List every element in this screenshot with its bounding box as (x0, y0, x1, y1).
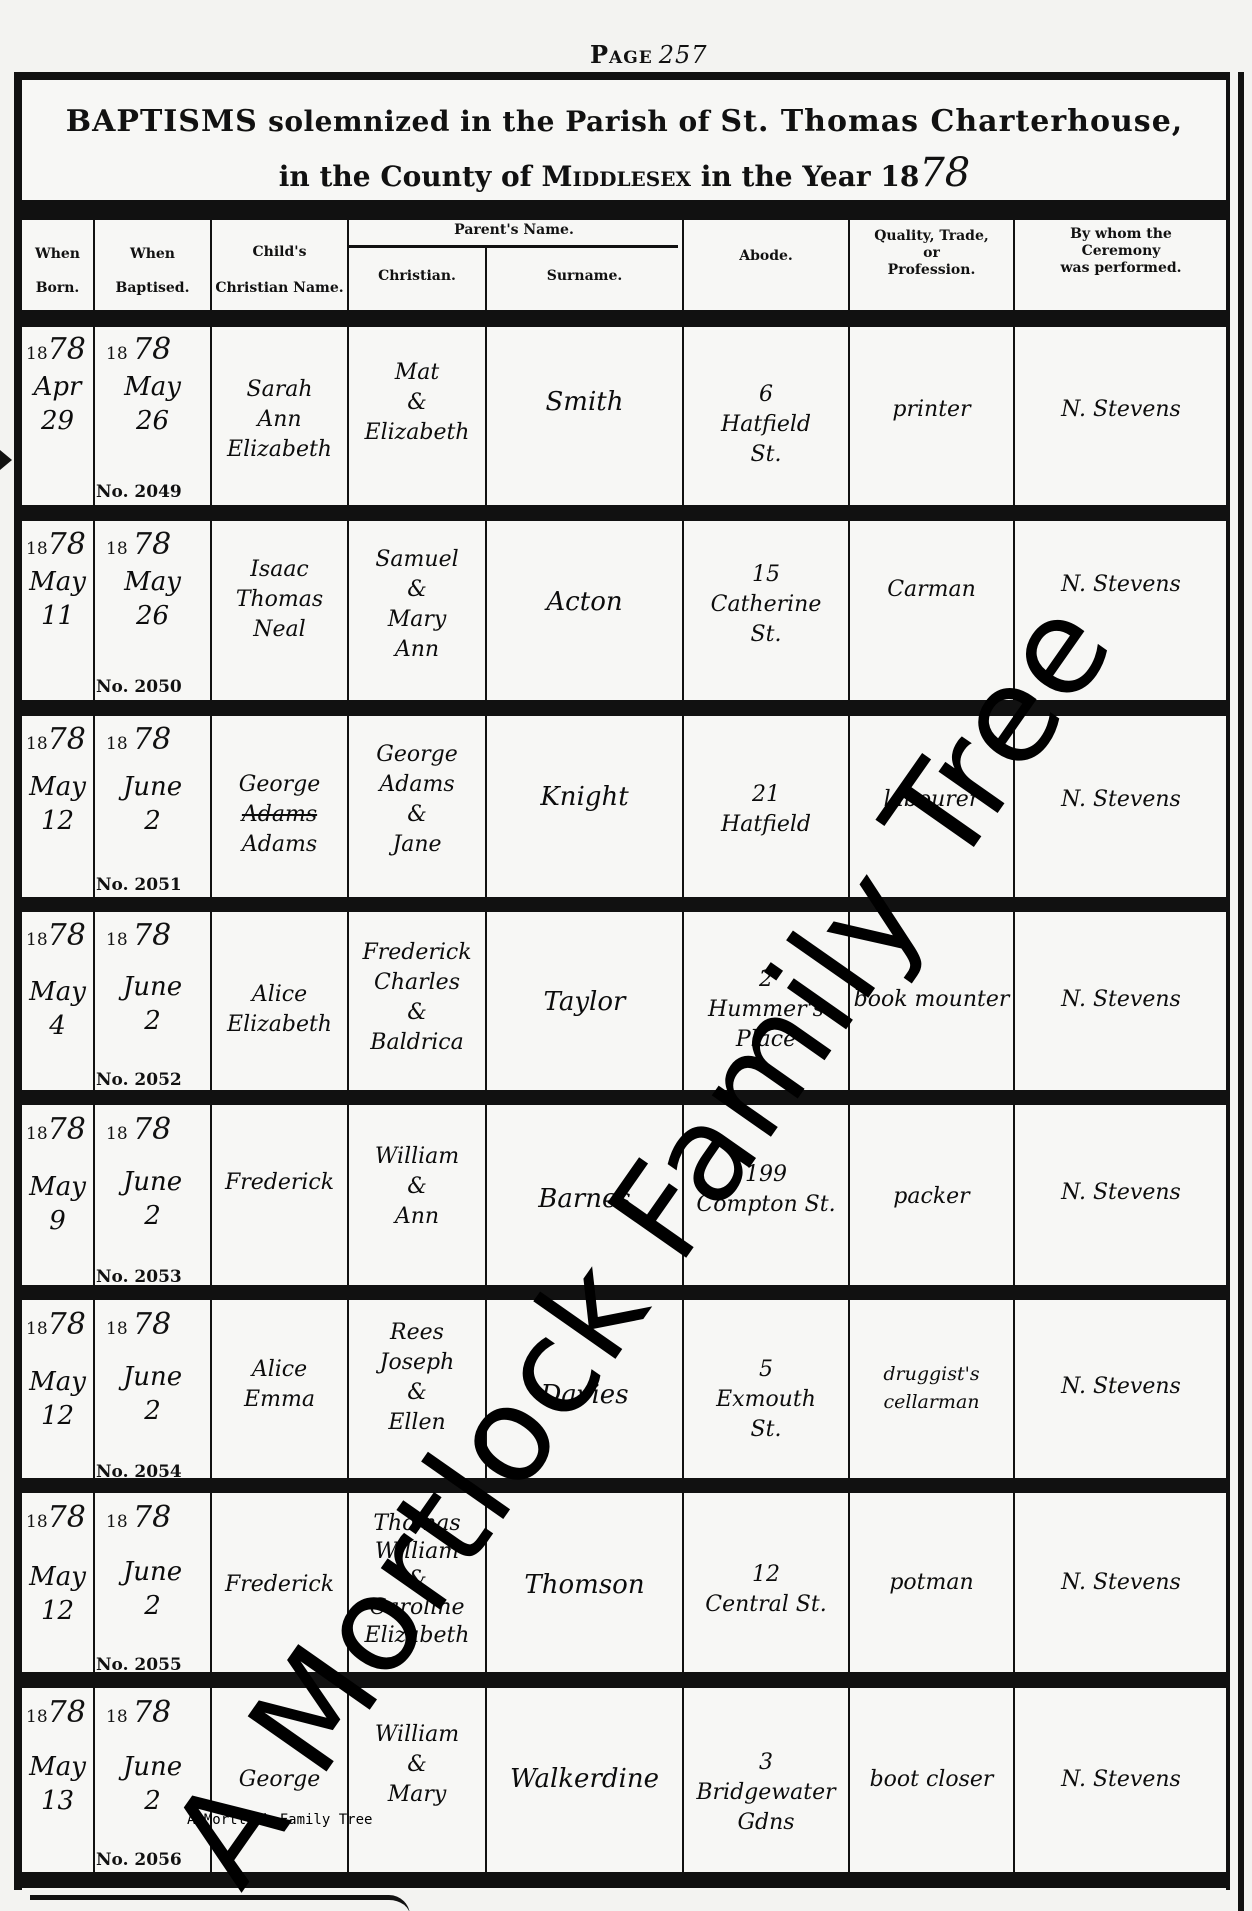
baptised-month: May (95, 565, 210, 599)
register-number: No. 2056 (96, 1850, 182, 1870)
abode-line: St. (684, 620, 848, 650)
margin-pointer-mark (0, 450, 12, 470)
baptised-day: 2 (95, 804, 210, 838)
born-year-hand: 78 (48, 1307, 86, 1342)
baptised-year: 18 78 (106, 918, 171, 953)
baptised-day: 2 (95, 1004, 210, 1038)
parent-name-part: Ann (349, 635, 485, 665)
abode-line: 5 (684, 1355, 848, 1385)
parent-name-part: Charles (349, 968, 485, 998)
born-month: May (22, 1560, 93, 1594)
baptised-year: 18 78 (106, 527, 171, 562)
header-abode: Abode. (684, 248, 848, 265)
header-text: Profession. (850, 262, 1013, 279)
child-name-part: Sarah (212, 375, 347, 405)
column-divider (210, 220, 212, 1872)
title-line2-mid: in the Year (701, 160, 871, 193)
parent-name-part: William (349, 1142, 485, 1172)
baptised-year-hand: 78 (133, 1695, 171, 1730)
born-date: May4 (22, 975, 93, 1043)
child-name-part: Alice (212, 1355, 347, 1385)
baptised-year: 18 78 (106, 1307, 171, 1342)
born-month: May (22, 975, 93, 1009)
born-date: May12 (22, 770, 93, 838)
baptised-date: June2 (95, 1555, 210, 1623)
abode-line: Gdns (684, 1808, 848, 1838)
row-divider (22, 1090, 1227, 1105)
baptised-year: 18 78 (106, 1695, 171, 1730)
register-number: No. 2052 (96, 1070, 182, 1090)
officiant: N. Stevens (1015, 1765, 1227, 1795)
register-number: No. 2054 (96, 1462, 182, 1482)
parent-name-part: Samuel (349, 545, 485, 575)
born-month: May (22, 1750, 93, 1784)
abode: 5ExmouthSt. (684, 1355, 848, 1445)
baptised-day: 2 (95, 1589, 210, 1623)
born-year: 1878 (26, 722, 86, 757)
header-text: Baptised. (95, 271, 210, 305)
abode: 21Hatfield (684, 780, 848, 840)
header-child-name: Child's Christian Name. (212, 234, 347, 306)
header-parents-name: Parent's Name. (349, 222, 679, 239)
abode-line: Hatfield (684, 810, 848, 840)
row-divider (22, 1672, 1227, 1688)
officiant: N. Stevens (1015, 1178, 1227, 1208)
born-day: 12 (22, 1399, 93, 1433)
abode-line: 3 (684, 1748, 848, 1778)
baptised-date: May26 (95, 565, 210, 633)
header-parent-surname: Surname. (487, 268, 682, 285)
born-month: May (22, 1170, 93, 1204)
abode-line: Hatfield (684, 410, 848, 440)
header-text: When (95, 237, 210, 271)
abode-line: Exmouth (684, 1385, 848, 1415)
born-date: Apr29 (22, 370, 93, 438)
born-year-hand: 78 (48, 918, 86, 953)
baptised-year-hand: 78 (133, 722, 171, 757)
born-year-hand: 78 (48, 1695, 86, 1730)
column-divider (93, 220, 95, 1872)
officiant: N. Stevens (1015, 985, 1227, 1015)
parent-name-part: & (349, 575, 485, 605)
child-name-part: Adams (212, 830, 347, 860)
abode-line: 6 (684, 380, 848, 410)
born-year: 1878 (26, 918, 86, 953)
baptised-month: June (95, 770, 210, 804)
register-number: No. 2053 (96, 1267, 182, 1287)
born-year-hand: 78 (48, 1500, 86, 1535)
abode-line: 12 (684, 1560, 848, 1590)
surname: Smith (487, 385, 682, 419)
officiant: N. Stevens (1015, 1372, 1227, 1402)
register-number: No. 2051 (96, 875, 182, 895)
page-number: Page257 (590, 40, 730, 69)
baptised-month: June (95, 1360, 210, 1394)
born-day: 29 (22, 404, 93, 438)
born-year: 1878 (26, 1500, 86, 1535)
born-year: 1878 (26, 1112, 86, 1147)
child-name-part: Thomas (212, 585, 347, 615)
born-year-hand: 78 (48, 527, 86, 562)
parent-name-part: Frederick (349, 938, 485, 968)
header-text: or (850, 245, 1013, 262)
watermark-small: A Mortlock Family Tree (187, 1812, 372, 1828)
child-name-part: Elizabeth (212, 1010, 347, 1040)
surname: Thomson (487, 1568, 682, 1602)
header-bottom-bar (22, 310, 1227, 327)
abode-line: Catherine (684, 590, 848, 620)
parents-christian: FrederickCharles&Baldrica (349, 938, 485, 1058)
parent-name-part: Baldrica (349, 1028, 485, 1058)
officiant: N. Stevens (1015, 1568, 1227, 1598)
born-date: May12 (22, 1365, 93, 1433)
baptised-year: 18 78 (106, 1500, 171, 1535)
parent-name-part: & (349, 800, 485, 830)
parent-name-part: Rees (349, 1318, 485, 1348)
title-line-1: BAPTISMS solemnized in the Parish of St.… (22, 104, 1227, 139)
register-number: No. 2055 (96, 1655, 182, 1675)
child-name: AliceElizabeth (212, 980, 347, 1040)
born-month: May (22, 1365, 93, 1399)
baptised-year-hand: 78 (133, 1500, 171, 1535)
abode-line: St. (684, 440, 848, 470)
surname: Taylor (487, 985, 682, 1019)
header-text: Child's (212, 234, 347, 270)
title-county: Middlesex (541, 160, 691, 193)
title-year-handwritten: 78 (919, 150, 970, 196)
parent-name-part: Mary (349, 1780, 485, 1810)
register-number: No. 2049 (96, 482, 182, 502)
baptised-day: 2 (95, 1199, 210, 1233)
born-month: Apr (22, 370, 93, 404)
profession: boot closer (850, 1765, 1013, 1795)
abode: 6HatfieldSt. (684, 380, 848, 470)
bottom-bar (22, 1872, 1227, 1888)
title-heading: BAPTISMS (66, 104, 258, 139)
born-year-hand: 78 (48, 332, 86, 367)
row-divider (22, 505, 1227, 521)
born-day: 9 (22, 1204, 93, 1238)
baptised-date: May26 (95, 370, 210, 438)
profession: Carman (850, 575, 1013, 605)
parents-christian: William&Ann (349, 1142, 485, 1232)
baptised-date: June2 (95, 970, 210, 1038)
header-text: Born. (22, 271, 93, 305)
abode: 15CatherineSt. (684, 560, 848, 650)
baptised-year-hand: 78 (133, 527, 171, 562)
child-name: IsaacThomasNeal (212, 555, 347, 645)
column-divider (1013, 220, 1015, 1872)
child-name: Frederick (212, 1168, 347, 1198)
parents-christian: Mat&Elizabeth (349, 358, 485, 448)
title-parish: St. Thomas Charterhouse, (720, 104, 1183, 139)
title-line1-text: solemnized in the Parish of (268, 105, 710, 138)
baptised-year-hand: 78 (133, 1112, 171, 1147)
child-name: GeorgeAdamsAdams (212, 770, 347, 860)
child-name-part: Adams (212, 800, 347, 830)
child-name-part: Ann (212, 405, 347, 435)
born-day: 4 (22, 1009, 93, 1043)
parents-christian: Samuel&MaryAnn (349, 545, 485, 665)
child-name-part: Frederick (212, 1168, 347, 1198)
surname: Knight (487, 780, 682, 814)
abode-line: 21 (684, 780, 848, 810)
child-name-part: Neal (212, 615, 347, 645)
baptised-year: 18 78 (106, 332, 171, 367)
header-text: was performed. (1015, 260, 1227, 277)
parent-name-part: & (349, 998, 485, 1028)
title-line-2: in the County of Middlesex in the Year 1… (22, 150, 1227, 196)
parent-name-part: & (349, 1172, 485, 1202)
born-date: May13 (22, 1750, 93, 1818)
profession: printer (850, 395, 1013, 425)
baptised-date: June2 (95, 1165, 210, 1233)
abode: 12Central St. (684, 1560, 848, 1620)
header-when-born: When Born. (22, 237, 93, 305)
header-parent-christian: Christian. (349, 268, 485, 285)
baptised-month: May (95, 370, 210, 404)
baptised-month: June (95, 970, 210, 1004)
born-date: May9 (22, 1170, 93, 1238)
header-text: Quality, Trade, (850, 228, 1013, 245)
page-edge (1238, 72, 1244, 1911)
surname: Acton (487, 585, 682, 619)
baptised-month: June (95, 1165, 210, 1199)
child-name-part: George (212, 770, 347, 800)
born-day: 12 (22, 804, 93, 838)
parent-name-part: & (349, 388, 485, 418)
profession: potman (850, 1568, 1013, 1598)
page-label: Page (590, 40, 653, 69)
born-year-hand: 78 (48, 1112, 86, 1147)
born-year: 1878 (26, 527, 86, 562)
header-text: When (22, 237, 93, 271)
parent-name-part: Mary (349, 605, 485, 635)
title-year-printed: 18 (880, 160, 919, 193)
parent-name-part: Ann (349, 1202, 485, 1232)
parents-name-rule (348, 245, 678, 248)
born-year-hand: 78 (48, 722, 86, 757)
row-divider (22, 1478, 1227, 1493)
born-month: May (22, 770, 93, 804)
column-divider (485, 248, 487, 1872)
abode-line: Central St. (684, 1590, 848, 1620)
profession: packer (850, 1182, 1013, 1212)
baptised-date: June2 (95, 1360, 210, 1428)
parent-name-part: George (349, 740, 485, 770)
child-name: SarahAnnElizabeth (212, 375, 347, 465)
title-line2-pre: in the County of (279, 160, 532, 193)
header-text: Ceremony (1015, 243, 1227, 260)
header-officiant: By whom the Ceremony was performed. (1015, 226, 1227, 277)
parent-name-part: Elizabeth (349, 418, 485, 448)
profession: druggist's cellarman (850, 1360, 1013, 1416)
baptised-day: 26 (95, 599, 210, 633)
baptised-year: 18 78 (106, 722, 171, 757)
header-text: Christian Name. (212, 270, 347, 306)
born-year: 1878 (26, 1307, 86, 1342)
officiant: N. Stevens (1015, 395, 1227, 425)
child-name: AliceEmma (212, 1355, 347, 1415)
register-title: BAPTISMS solemnized in the Parish of St.… (22, 80, 1227, 200)
baptised-date: June2 (95, 770, 210, 838)
page-number-value: 257 (659, 41, 708, 69)
baptised-year-hand: 78 (133, 918, 171, 953)
born-day: 13 (22, 1784, 93, 1818)
surname: Walkerdine (487, 1762, 682, 1796)
baptised-year-hand: 78 (133, 1307, 171, 1342)
parent-name-part: Jane (349, 830, 485, 860)
child-name-part: Isaac (212, 555, 347, 585)
row-divider (22, 897, 1227, 912)
baptised-day: 2 (95, 1394, 210, 1428)
header-profession: Quality, Trade, or Profession. (850, 228, 1013, 279)
born-date: May12 (22, 1560, 93, 1628)
born-month: May (22, 565, 93, 599)
parent-name-part: Mat (349, 358, 485, 388)
baptised-year-hand: 78 (133, 332, 171, 367)
header-text: By whom the (1015, 226, 1227, 243)
header-when-baptised: When Baptised. (95, 237, 210, 305)
born-day: 12 (22, 1594, 93, 1628)
child-name-part: Elizabeth (212, 435, 347, 465)
baptised-month: June (95, 1555, 210, 1589)
abode-line: Bridgewater (684, 1778, 848, 1808)
born-date: May11 (22, 565, 93, 633)
register-number: No. 2050 (96, 677, 182, 697)
abode-line: St. (684, 1415, 848, 1445)
born-day: 11 (22, 599, 93, 633)
child-name-part: Alice (212, 980, 347, 1010)
baptised-day: 26 (95, 404, 210, 438)
header-top-bar (22, 200, 1227, 220)
born-year: 1878 (26, 1695, 86, 1730)
child-name-part: Emma (212, 1385, 347, 1415)
bottom-page-curve (30, 1895, 410, 1911)
parents-christian: GeorgeAdams&Jane (349, 740, 485, 860)
abode: 3BridgewaterGdns (684, 1748, 848, 1838)
baptised-year: 18 78 (106, 1112, 171, 1147)
abode-line: 15 (684, 560, 848, 590)
parent-name-part: Adams (349, 770, 485, 800)
born-year: 1878 (26, 332, 86, 367)
